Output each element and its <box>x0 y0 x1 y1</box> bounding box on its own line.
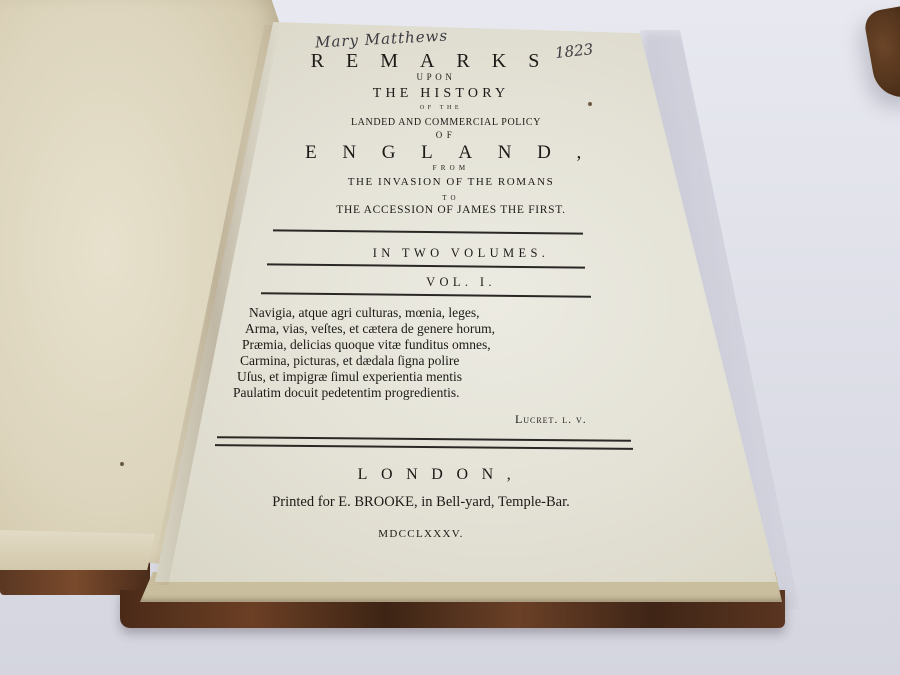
rule-2 <box>267 263 585 268</box>
epigraph-line: Navigia, atque agri culturas, mœnia, leg… <box>249 305 563 321</box>
line-vol: VOL. I. <box>235 275 687 290</box>
epigraph-line: Paulatim docuit pedetentim progredientis… <box>233 385 563 401</box>
epigraph-attribution: Lucret. l. v. <box>515 412 587 427</box>
title-page-text: Mary Matthews 1823 REMARKS UPON THE HIST… <box>155 22 777 582</box>
line-to: TO <box>235 194 667 202</box>
epigraph: Navigia, atque agri culturas, mœnia, leg… <box>233 305 563 401</box>
line-of: OF <box>235 130 657 140</box>
rule-double-bottom <box>215 444 633 450</box>
line-history: THE HISTORY <box>235 86 647 102</box>
photo-scene: Mary Matthews 1823 REMARKS UPON THE HIST… <box>0 0 900 675</box>
epigraph-line: Arma, vias, veſtes, et cætera de genere … <box>245 321 563 337</box>
line-volumes: IN TWO VOLUMES. <box>235 246 687 261</box>
imprint-printer: Printed for E. BROOKE, in Bell-yard, Tem… <box>195 494 647 511</box>
line-accession: THE ACCESSION OF JAMES THE FIRST. <box>215 204 687 216</box>
inscription-name: Mary Matthews <box>315 27 449 52</box>
epigraph-line: Præmia, delicias quoque vitæ funditus om… <box>242 337 563 353</box>
line-policy: LANDED AND COMMERCIAL POLICY <box>235 117 657 128</box>
rule-1 <box>273 229 583 234</box>
line-invasion: THE INVASION OF THE ROMANS <box>235 176 667 188</box>
imprint-year: MDCCLXXXV. <box>195 528 647 540</box>
line-upon: UPON <box>235 72 637 82</box>
left-page-curl <box>0 530 155 570</box>
brown-object-corner <box>863 4 900 101</box>
epigraph-line: Uſus, et impigræ ſimul experientia menti… <box>237 369 563 385</box>
rule-double-top <box>217 436 631 442</box>
line-of-the: OF THE <box>235 105 647 111</box>
title-remarks: REMARKS <box>245 50 627 73</box>
imprint-city: LONDON, <box>215 466 667 484</box>
epigraph-line: Carmina, picturas, et dædala ſigna polir… <box>240 353 563 369</box>
line-from: FROM <box>235 164 667 172</box>
paper-speck <box>120 462 124 466</box>
line-england: ENGLAND, <box>235 142 677 164</box>
rule-3 <box>261 292 591 297</box>
